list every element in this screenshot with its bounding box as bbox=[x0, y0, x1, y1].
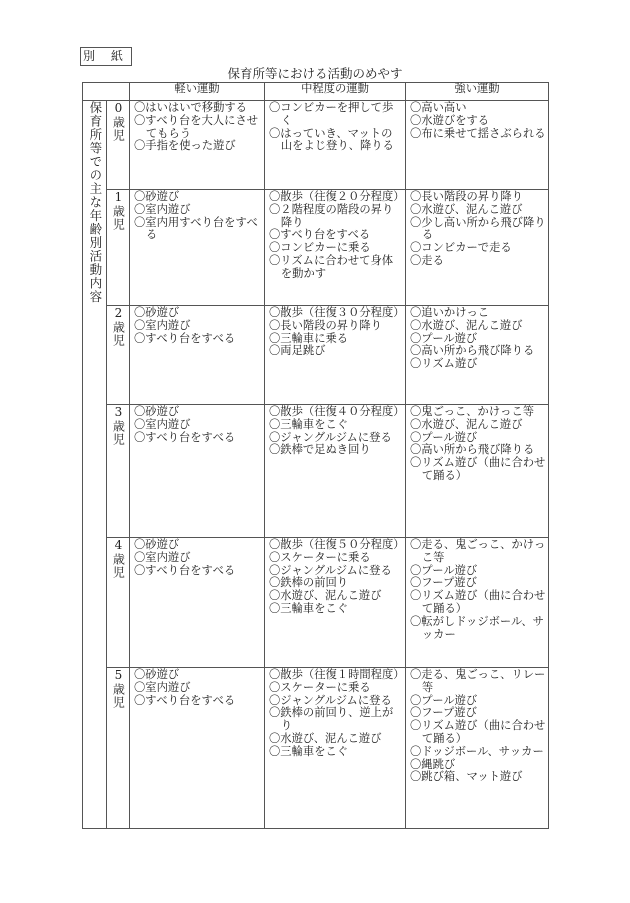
strong-activities-cell: 〇鬼ごっこ、かけっこ等〇水遊び、泥んこ遊び〇プール遊び〇高い所から飛び降りる〇リ… bbox=[406, 405, 549, 538]
light-activities-list: 〇砂遊び〇室内遊び〇すべり台をすべる bbox=[130, 668, 264, 709]
list-item: 〇散歩（往復１時間程度） bbox=[269, 669, 403, 682]
list-item: 〇走る、鬼ごっこ、かけっこ等 bbox=[410, 539, 546, 565]
moderate-activities-cell: 〇散歩（往復２０分程度）〇２階程度の階段の昇り降り〇すべり台をすべる〇コンビカー… bbox=[265, 190, 406, 306]
age-label: 5歳児 bbox=[112, 668, 125, 709]
page-title: 保育所等における活動のめやす bbox=[0, 66, 630, 82]
age-cell: 0歳児 bbox=[107, 101, 130, 190]
strong-activities-list: 〇長い階段の昇り降り〇水遊び、泥んこ遊び〇少し高い所から飛び降りる〇コンビカーで… bbox=[406, 190, 548, 270]
light-activities-cell: 〇砂遊び〇室内遊び〇すべり台をすべる bbox=[130, 538, 265, 668]
age-cell: 2歳児 bbox=[107, 306, 130, 405]
activity-guide-table: 軽い運動 中程度の運動 強い運動 保育所等での主な年齢別活動内容0歳児〇はいはい… bbox=[82, 82, 549, 829]
list-item: 〇三輪車をこぐ bbox=[269, 746, 403, 759]
age-cell: 5歳児 bbox=[107, 668, 130, 829]
strong-activities-list: 〇追いかけっこ〇水遊び、泥んこ遊び〇プール遊び〇高い所から飛び降りる〇リズム遊び bbox=[406, 306, 548, 373]
moderate-activities-list: 〇コンビカーを押して歩く〇はっていき、マットの山をよじ登り、降りる bbox=[265, 101, 405, 155]
strong-activities-cell: 〇高い高い〇水遊びをする〇布に乗せて揺さぶられる bbox=[406, 101, 549, 190]
light-activities-cell: 〇砂遊び〇室内遊び〇すべり台をすべる bbox=[130, 668, 265, 829]
list-item: 〇長い階段の昇り降り bbox=[269, 320, 403, 333]
list-item: 〇室内遊び bbox=[134, 682, 262, 695]
light-activities-list: 〇砂遊び〇室内遊び〇すべり台をすべる bbox=[130, 306, 264, 347]
light-activities-cell: 〇はいはいで移動する〇すべり台を大人にさせてもらう〇手指を使った遊び bbox=[130, 101, 265, 190]
table-row: 4歳児〇砂遊び〇室内遊び〇すべり台をすべる〇散歩（往復５０分程度）〇スケーターに… bbox=[83, 538, 549, 668]
list-item: 〇すべり台をすべる bbox=[134, 333, 262, 346]
moderate-activities-list: 〇散歩（往復４０分程度）〇三輪車をこぐ〇ジャングルジムに登る〇鉄棒で足ぬき回り bbox=[265, 405, 405, 459]
moderate-activities-list: 〇散歩（往復１時間程度）〇スケーターに乗る〇ジャングルジムに登る〇鉄棒の前回り、… bbox=[265, 668, 405, 761]
header-strong: 強い運動 bbox=[406, 83, 549, 101]
strong-activities-cell: 〇長い階段の昇り降り〇水遊び、泥んこ遊び〇少し高い所から飛び降りる〇コンビカーで… bbox=[406, 190, 549, 306]
list-item: 〇室内遊び bbox=[134, 552, 262, 565]
list-item: 〇はいはいで移動する bbox=[134, 102, 262, 115]
list-item: 〇走る、鬼ごっこ、リレー等 bbox=[410, 669, 546, 695]
moderate-activities-cell: 〇散歩（往復４０分程度）〇三輪車をこぐ〇ジャングルジムに登る〇鉄棒で足ぬき回り bbox=[265, 405, 406, 538]
list-item: 〇水遊び、泥んこ遊び bbox=[410, 204, 546, 217]
strong-activities-cell: 〇走る、鬼ごっこ、リレー等〇プール遊び〇フープ遊び〇リズム遊び（曲に合わせて踊る… bbox=[406, 668, 549, 829]
age-cell: 1歳児 bbox=[107, 190, 130, 306]
list-item: 〇リズム遊び bbox=[410, 358, 546, 371]
list-item: 〇砂遊び bbox=[134, 539, 262, 552]
list-item: 〇コンビカーを押して歩く bbox=[269, 102, 403, 128]
list-item: 〇リズム遊び（曲に合わせて踊る） bbox=[410, 720, 546, 746]
list-item: 〇走る bbox=[410, 255, 546, 268]
strong-activities-list: 〇鬼ごっこ、かけっこ等〇水遊び、泥んこ遊び〇プール遊び〇高い所から飛び降りる〇リ… bbox=[406, 405, 548, 485]
list-item: 〇両足跳び bbox=[269, 345, 403, 358]
age-label: 1歳児 bbox=[112, 190, 125, 231]
list-item: 〇高い高い bbox=[410, 102, 546, 115]
moderate-activities-list: 〇散歩（往復３０分程度）〇長い階段の昇り降り〇三輪車に乗る〇両足跳び bbox=[265, 306, 405, 360]
list-item: 〇室内遊び bbox=[134, 204, 262, 217]
strong-activities-list: 〇走る、鬼ごっこ、リレー等〇プール遊び〇フープ遊び〇リズム遊び（曲に合わせて踊る… bbox=[406, 668, 548, 786]
table-row: 3歳児〇砂遊び〇室内遊び〇すべり台をすべる〇散歩（往復４０分程度）〇三輪車をこぐ… bbox=[83, 405, 549, 538]
list-item: 〇すべり台をすべる bbox=[134, 565, 262, 578]
table-row: 1歳児〇砂遊び〇室内遊び〇室内用すべり台をすべる〇散歩（往復２０分程度）〇２階程… bbox=[83, 190, 549, 306]
list-item: 〇鬼ごっこ、かけっこ等 bbox=[410, 406, 546, 419]
strong-activities-list: 〇高い高い〇水遊びをする〇布に乗せて揺さぶられる bbox=[406, 101, 548, 142]
table-row: 5歳児〇砂遊び〇室内遊び〇すべり台をすべる〇散歩（往復１時間程度）〇スケーターに… bbox=[83, 668, 549, 829]
list-item: 〇すべり台を大人にさせてもらう bbox=[134, 115, 262, 141]
age-label: 2歳児 bbox=[112, 306, 125, 347]
list-item: 〇リズムに合わせて身体を動かす bbox=[269, 255, 403, 281]
list-item: 〇２階程度の階段の昇り降り bbox=[269, 204, 403, 230]
list-item: 〇室内遊び bbox=[134, 320, 262, 333]
list-item: 〇散歩（往復２０分程度） bbox=[269, 191, 403, 204]
header-light: 軽い運動 bbox=[130, 83, 265, 101]
list-item: 〇三輪車をこぐ bbox=[269, 419, 403, 432]
list-item: 〇散歩（往復５０分程度） bbox=[269, 539, 403, 552]
list-item: 〇水遊び、泥んこ遊び bbox=[410, 419, 546, 432]
strong-activities-cell: 〇走る、鬼ごっこ、かけっこ等〇プール遊び〇フープ遊び〇リズム遊び（曲に合わせて踊… bbox=[406, 538, 549, 668]
header-moderate: 中程度の運動 bbox=[265, 83, 406, 101]
list-item: 〇転がしドッジボール、サッカー bbox=[410, 616, 546, 642]
list-item: 〇長い階段の昇り降り bbox=[410, 191, 546, 204]
list-item: 〇鉄棒の前回り、逆上がり bbox=[269, 707, 403, 733]
light-activities-cell: 〇砂遊び〇室内遊び〇すべり台をすべる bbox=[130, 405, 265, 538]
list-item: 〇散歩（往復４０分程度） bbox=[269, 406, 403, 419]
age-cell: 3歳児 bbox=[107, 405, 130, 538]
list-item: 〇砂遊び bbox=[134, 669, 262, 682]
list-item: 〇砂遊び bbox=[134, 307, 262, 320]
list-item: 〇ドッジボール、サッカー bbox=[410, 746, 546, 759]
list-item: 〇リズム遊び（曲に合わせて踊る） bbox=[410, 590, 546, 616]
list-item: 〇散歩（往復３０分程度） bbox=[269, 307, 403, 320]
light-activities-list: 〇砂遊び〇室内遊び〇すべり台をすべる bbox=[130, 538, 264, 579]
annex-label: 別 紙 bbox=[80, 47, 132, 66]
list-item: 〇砂遊び bbox=[134, 191, 262, 204]
list-item: 〇砂遊び bbox=[134, 406, 262, 419]
list-item: 〇三輪車をこぐ bbox=[269, 603, 403, 616]
list-item: 〇リズム遊び（曲に合わせて踊る） bbox=[410, 457, 546, 483]
strong-activities-cell: 〇追いかけっこ〇水遊び、泥んこ遊び〇プール遊び〇高い所から飛び降りる〇リズム遊び bbox=[406, 306, 549, 405]
light-activities-cell: 〇砂遊び〇室内遊び〇すべり台をすべる bbox=[130, 306, 265, 405]
age-label: 3歳児 bbox=[112, 405, 125, 446]
list-item: 〇跳び箱、マット遊び bbox=[410, 771, 546, 784]
list-item: 〇スケーターに乗る bbox=[269, 682, 403, 695]
moderate-activities-cell: 〇散歩（往復５０分程度）〇スケーターに乗る〇ジャングルジムに登る〇鉄棒の前回り〇… bbox=[265, 538, 406, 668]
list-item: 〇すべり台をすべる bbox=[134, 695, 262, 708]
moderate-activities-list: 〇散歩（往復５０分程度）〇スケーターに乗る〇ジャングルジムに登る〇鉄棒の前回り〇… bbox=[265, 538, 405, 618]
age-cell: 4歳児 bbox=[107, 538, 130, 668]
list-item: 〇布に乗せて揺さぶられる bbox=[410, 128, 546, 141]
header-row: 軽い運動 中程度の運動 強い運動 bbox=[83, 83, 549, 101]
table-row: 2歳児〇砂遊び〇室内遊び〇すべり台をすべる〇散歩（往復３０分程度）〇長い階段の昇… bbox=[83, 306, 549, 405]
list-item: 〇水遊び、泥んこ遊び bbox=[410, 320, 546, 333]
list-item: 〇追いかけっこ bbox=[410, 307, 546, 320]
light-activities-list: 〇はいはいで移動する〇すべり台を大人にさせてもらう〇手指を使った遊び bbox=[130, 101, 264, 155]
list-item: 〇室内用すべり台をすべる bbox=[134, 217, 262, 243]
list-item: 〇スケーターに乗る bbox=[269, 552, 403, 565]
list-item: 〇少し高い所から飛び降りる bbox=[410, 217, 546, 243]
list-item: 〇室内遊び bbox=[134, 419, 262, 432]
strong-activities-list: 〇走る、鬼ごっこ、かけっこ等〇プール遊び〇フープ遊び〇リズム遊び（曲に合わせて踊… bbox=[406, 538, 548, 643]
list-item: 〇はっていき、マットの山をよじ登り、降りる bbox=[269, 128, 403, 154]
list-item: 〇水遊び、泥んこ遊び bbox=[269, 733, 403, 746]
moderate-activities-cell: 〇散歩（往復３０分程度）〇長い階段の昇り降り〇三輪車に乗る〇両足跳び bbox=[265, 306, 406, 405]
moderate-activities-cell: 〇散歩（往復１時間程度）〇スケーターに乗る〇ジャングルジムに登る〇鉄棒の前回り、… bbox=[265, 668, 406, 829]
age-label: 4歳児 bbox=[112, 538, 125, 579]
category-cell: 保育所等での主な年齢別活動内容 bbox=[83, 101, 107, 829]
header-blank bbox=[83, 83, 130, 101]
light-activities-list: 〇砂遊び〇室内遊び〇すべり台をすべる bbox=[130, 405, 264, 446]
table-row: 保育所等での主な年齢別活動内容0歳児〇はいはいで移動する〇すべり台を大人にさせて… bbox=[83, 101, 549, 190]
category-label: 保育所等での主な年齢別活動内容 bbox=[88, 101, 101, 304]
light-activities-list: 〇砂遊び〇室内遊び〇室内用すべり台をすべる bbox=[130, 190, 264, 244]
list-item: 〇手指を使った遊び bbox=[134, 140, 262, 153]
age-label: 0歳児 bbox=[112, 101, 125, 142]
list-item: 〇すべり台をすべる bbox=[134, 432, 262, 445]
list-item: 〇鉄棒で足ぬき回り bbox=[269, 444, 403, 457]
light-activities-cell: 〇砂遊び〇室内遊び〇室内用すべり台をすべる bbox=[130, 190, 265, 306]
moderate-activities-cell: 〇コンビカーを押して歩く〇はっていき、マットの山をよじ登り、降りる bbox=[265, 101, 406, 190]
list-item: 〇水遊びをする bbox=[410, 115, 546, 128]
moderate-activities-list: 〇散歩（往復２０分程度）〇２階程度の階段の昇り降り〇すべり台をすべる〇コンビカー… bbox=[265, 190, 405, 283]
